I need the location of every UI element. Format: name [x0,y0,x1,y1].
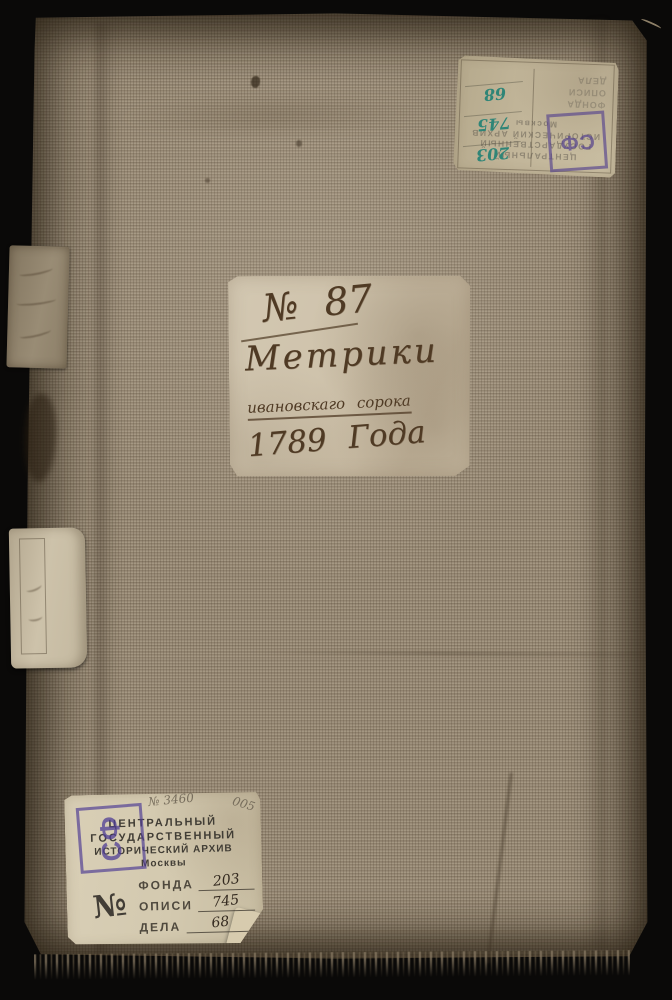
pencil-note: 005 [231,794,257,814]
title-year-line: 1789 Года [247,414,427,464]
delo-label: ДЕЛА [139,920,181,935]
fill-in-line: 745 [198,895,256,912]
spine-label-printed-box [19,538,47,654]
ink-speck [205,178,210,183]
sf-stamp-text: СФ [93,814,129,862]
delo-value-handwritten: 68 [211,914,231,932]
opis-row: ОПИСИ 745 [139,890,256,914]
sf-stamp-text: СФ [559,128,596,154]
archive-reference-rows: ФОНДА 203 ОПИСИ 745 ДЕЛА 68 [138,869,256,935]
archive-label-top-upside-down: ЦЕНТРАЛЬНЫЙ ГОСУДАРСТВЕННЫЙ ИСТОРИЧЕСКИЙ… [453,55,619,178]
sf-stamp: СФ [76,803,147,874]
illegible-script-stroke [19,327,52,341]
faded-ghost-writing [115,89,436,141]
illegible-script-stroke [16,296,57,307]
fond-value-handwritten: 203 [212,871,240,890]
sf-stamp: СФ [546,110,608,172]
ink-speck [296,140,302,147]
archive-label-bottom: № 3460 005 ЦЕНТРАЛЬНЫЙ ГОСУДАРСТВЕННЫЙ И… [64,790,264,947]
fill-in-line: 203 [199,874,255,891]
opis-value-handwritten: 745 [212,892,240,911]
fill-in-line: 68 [186,916,256,934]
faint-row-label: ФОНДА [566,98,605,111]
opis-label: ОПИСИ [139,898,193,913]
illegible-script-stroke [19,265,54,278]
title-word-metriki: Метрики [244,331,440,380]
frayed-bottom-edge [34,950,630,980]
spine-label-middle [9,527,87,668]
faint-row-labels: ФОНДА ОПИСИ ДЕЛА [566,74,606,111]
fond-row: ФОНДА 203 [138,869,255,893]
number-sign: № [91,887,129,927]
spine-label-top [6,245,69,369]
handwritten-title-label: № 87 Метрики ивановскаго сорока 1789 Год… [228,274,472,479]
fond-label: ФОНДА [138,877,194,892]
faint-row-label: ОПИСИ [567,86,606,99]
delo-row: ДЕЛА 68 [139,911,256,935]
loose-thread [640,18,662,31]
